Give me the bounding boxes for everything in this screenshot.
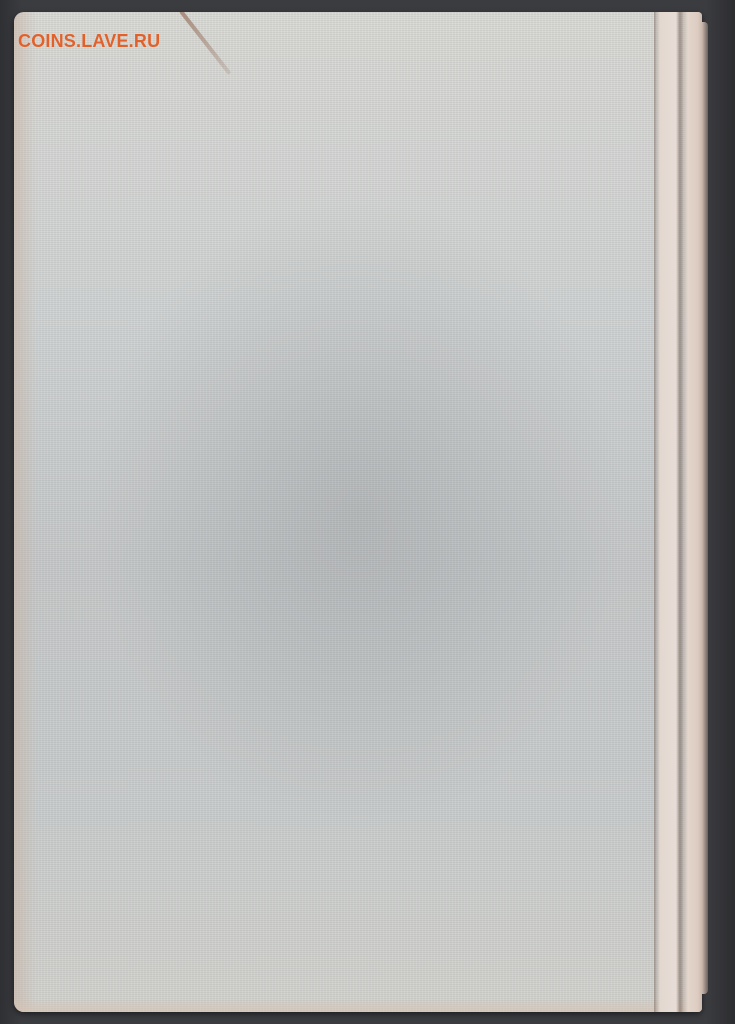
watermark-text: COINS.LAVE.RU — [18, 31, 160, 52]
bottom-edge-wear — [14, 998, 702, 1012]
spine-edge — [702, 22, 708, 994]
book-back-cover — [14, 12, 702, 1012]
left-edge-wear — [14, 12, 36, 1012]
spine-hinge — [654, 12, 702, 1012]
cloth-texture — [14, 12, 702, 1012]
